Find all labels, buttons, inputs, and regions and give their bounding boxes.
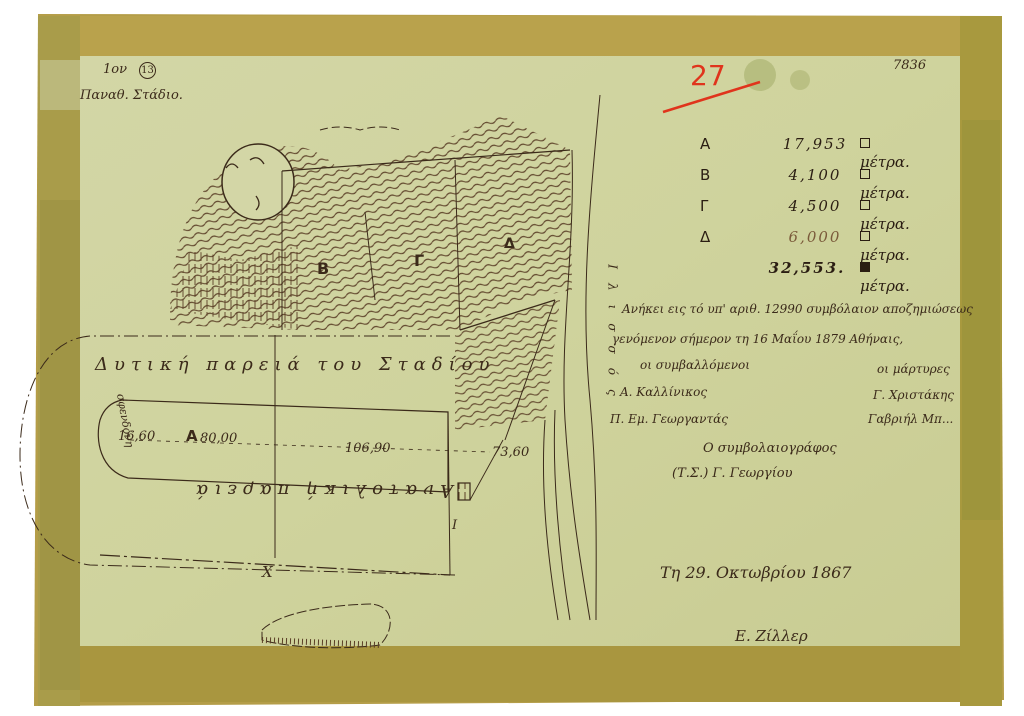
party-right-1: Γ. Χριστάκης: [873, 388, 954, 402]
party-right-2: Γαβριήλ Μπ...: [868, 412, 953, 426]
area-letter: Δ: [700, 228, 710, 246]
signature: Ε. Ζίλλερ: [735, 627, 808, 645]
document-title: Παναθ. Στάδιο.: [80, 88, 183, 103]
area-value: 17,953: [770, 135, 860, 153]
annotation-line-2: γενόμενον σήμερον τη 16 Μαΐου 1879 Αθήνα…: [612, 332, 903, 346]
measure-segment-1: 80,00: [200, 431, 237, 446]
area-value: 6,000: [770, 228, 860, 246]
point-mark-i: Ι: [452, 518, 457, 533]
measure-segment-2: 106,90: [345, 441, 391, 456]
party-left-1: Α. Καλλίνικος: [620, 385, 707, 399]
area-total-unit: μέτρα.: [860, 259, 910, 295]
area-value: 4,500: [770, 197, 860, 215]
region-label-b: Β: [317, 259, 329, 278]
area-value: 4,100: [770, 166, 860, 184]
archive-number: 27: [690, 59, 726, 92]
circled-number: 13: [139, 62, 156, 79]
point-mark-x: Χ: [262, 563, 273, 581]
parties-left-heading: οι συμβαλλόμενοι: [640, 358, 750, 372]
catalog-number: 7836: [893, 58, 926, 73]
west-side-label: Δυτική παρειά του Σταδίου: [95, 354, 495, 375]
parties-right-heading: οι μάρτυρες: [877, 362, 950, 376]
notary-heading: Ο συμβολαιογράφος: [703, 441, 837, 456]
document-date: Τη 29. Οκτωβρίου 1867: [660, 563, 851, 582]
party-left-2: Π. Εμ. Γεωργαντάς: [610, 412, 728, 426]
sheet-mark: 1ον: [103, 62, 127, 77]
area-total-value: 32,553.: [762, 259, 852, 277]
area-letter: Γ: [700, 197, 708, 215]
annotation-line-1: Ανήκει εις τό υπ' αριθ. 12990 συμβόλαιον…: [622, 302, 973, 316]
area-letter: Β: [700, 166, 710, 184]
region-label-d: Δ: [504, 236, 515, 252]
notary-name: (Τ.Σ.) Γ. Γεωργίου: [672, 466, 793, 481]
region-label-g: Γ: [414, 251, 424, 270]
measure-radius: 16,60: [118, 429, 155, 444]
measure-segment-3: 73,60: [492, 445, 529, 460]
area-letter: Α: [700, 135, 710, 153]
east-side-label: Ανατολική παρειά: [190, 480, 453, 501]
